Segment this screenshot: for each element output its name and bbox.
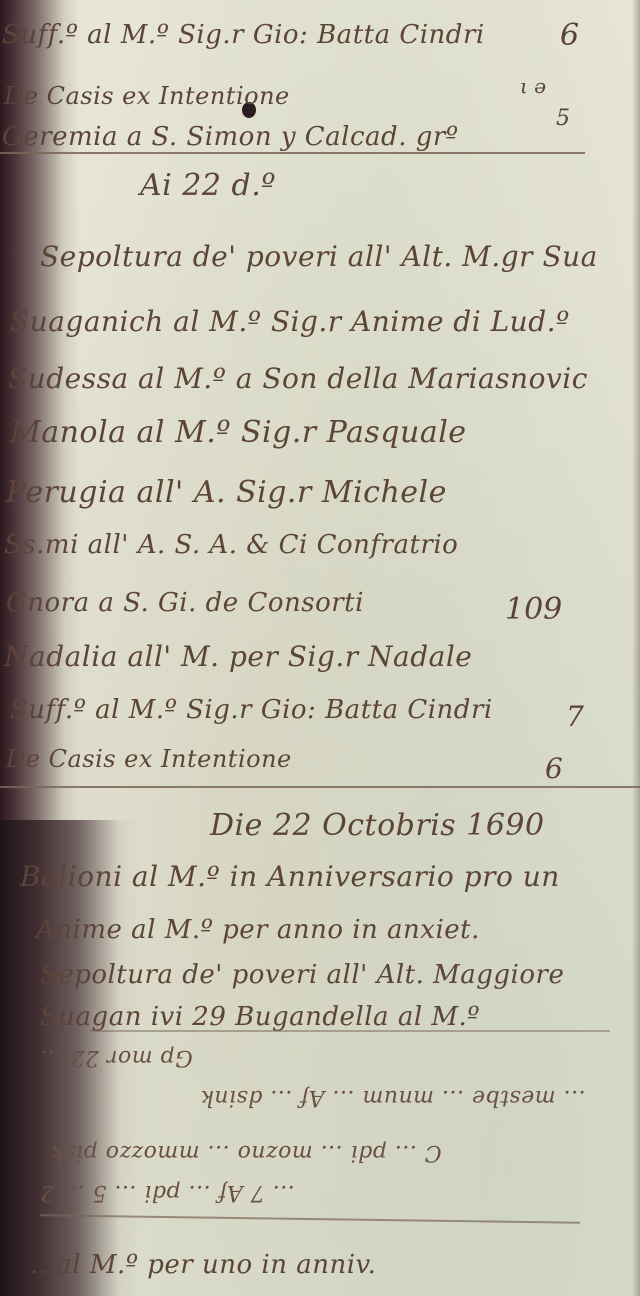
entry-line: Suagan ivi 29 Bugandella al M.º	[40, 1002, 480, 1032]
entry-line: Ss.mi all' A. S. A. & Ci Confratrio	[4, 530, 458, 560]
inverted-line: Gp mor 22 ...	[40, 1045, 193, 1070]
entry-line: De Casis ex Intentione	[4, 82, 290, 110]
entry-line: Geremia a S. Simon y Calcad. grº	[2, 122, 459, 152]
entry-amount: 6	[560, 18, 579, 53]
entry-line: Sudessa al M.º a Son della Mariasnovic	[8, 362, 588, 395]
entry-line: Suff.º al M.º Sig.r Gio: Batta Cindri	[10, 695, 493, 725]
entry-amount: ι ə	[520, 74, 546, 98]
inverted-line: ... 7 Af ... pdi ... 5 ... 2	[40, 1180, 295, 1205]
ruled-line	[90, 1030, 610, 1032]
section-heading: Ai 22 d.º	[140, 168, 276, 203]
manuscript-page: Suff.º al M.º Sig.r Gio: Batta Cindri 6 …	[0, 0, 640, 1296]
entry-line: De Casis ex Intentione	[6, 745, 292, 773]
entry-line: Sepoltura de' poveri all' Alt. M.gr Sua	[40, 240, 598, 273]
ruled-line	[0, 152, 585, 154]
entry-amount: 7	[566, 700, 584, 733]
entry-line: ...al M.º per uno in anniv.	[30, 1250, 376, 1280]
entry-line: Manola al M.º Sig.r Pasquale	[10, 415, 467, 450]
entry-line: Gnora a S. Gi. de Consorti	[6, 588, 364, 618]
entry-line: Nadalia all' M. per Sig.r Nadale	[4, 640, 472, 673]
entry-line: Suff.º al M.º Sig.r Gio: Batta Cindri	[2, 20, 485, 50]
entry-line: Balioni al M.º in Anniversario pro un	[20, 860, 560, 893]
entry-amount: 6	[545, 752, 563, 785]
page-edge	[632, 0, 640, 1296]
entry-line: Suaganich al M.º Sig.r Anime di Lud.º	[10, 305, 570, 338]
entry-line: Perugia all' A. Sig.r Michele	[6, 475, 447, 510]
date-heading: Die 22 Octobris 1690	[210, 808, 545, 843]
entry-line: Anime al M.º per anno in anxiet.	[36, 915, 480, 945]
inverted-line: C ... pdi ... mozno ... mmozzo pisk	[50, 1140, 442, 1165]
entry-line: Sepoltura de' poveri all' Alt. Maggiore	[40, 960, 564, 990]
inverted-line: ... mestbe ... mnum ... Af ... dsink	[200, 1085, 586, 1110]
entry-amount: 109	[505, 592, 562, 627]
ruled-line	[0, 786, 640, 788]
entry-amount: 5	[556, 106, 570, 131]
